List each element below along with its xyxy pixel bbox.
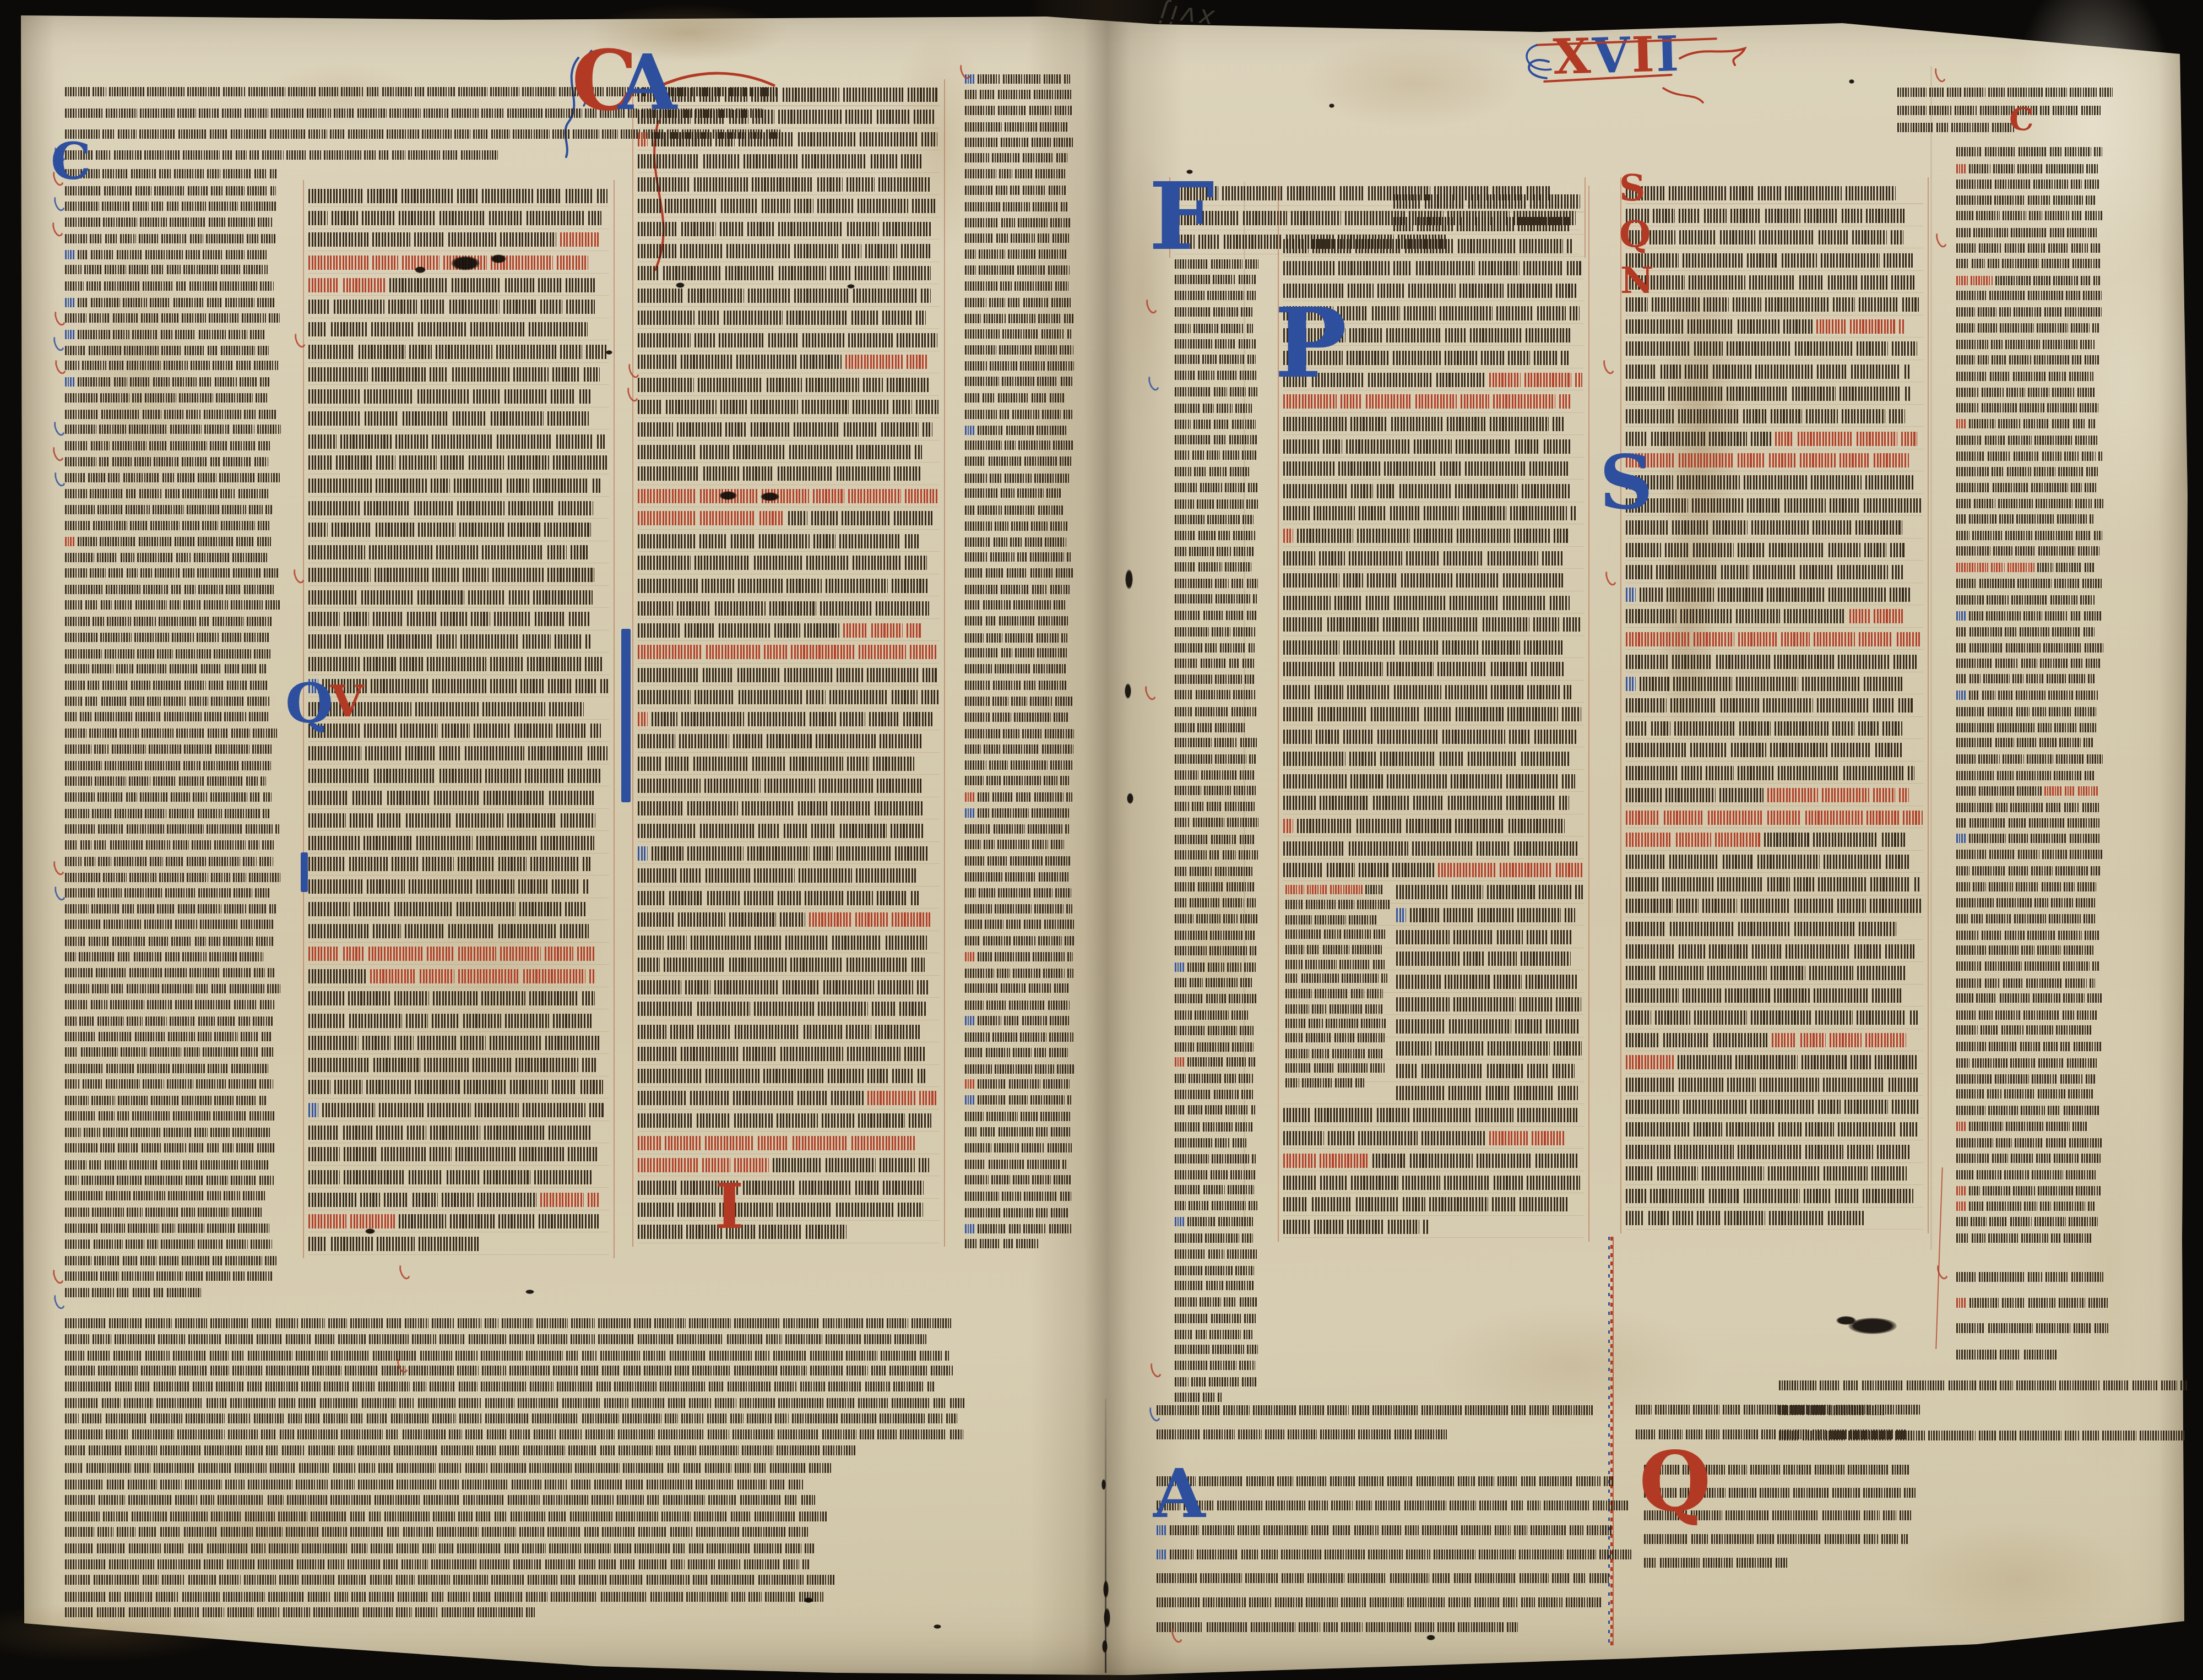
ink-stroke	[858, 199, 908, 213]
ink-stroke	[80, 840, 91, 850]
ink-stroke	[634, 1543, 670, 1553]
ink-stroke	[1175, 867, 1187, 876]
script-line	[638, 1225, 854, 1239]
ink-stroke	[1969, 1186, 1980, 1195]
ink-stroke	[465, 1463, 487, 1473]
ink-stroke	[400, 657, 423, 671]
ink-stroke	[1891, 275, 1914, 290]
script-line	[638, 1091, 937, 1105]
script-line	[1644, 1534, 1908, 1544]
ink-stroke	[170, 600, 181, 610]
ink-stroke	[1175, 946, 1207, 955]
ink-stroke	[455, 1147, 516, 1161]
script-line	[1956, 771, 2102, 780]
ink-stroke	[978, 1095, 1006, 1105]
script-line	[65, 761, 274, 770]
ink-stroke	[674, 1445, 696, 1455]
ink-stroke	[1344, 929, 1371, 939]
rubric-stroke	[372, 255, 398, 270]
ink-stroke	[351, 1592, 366, 1602]
ink-stroke	[759, 534, 810, 548]
ink-stroke	[1239, 1361, 1255, 1370]
ink-stroke	[147, 1000, 172, 1009]
ink-stroke	[840, 712, 865, 726]
ink-stroke	[82, 1413, 102, 1423]
ink-stroke	[432, 679, 486, 693]
ink-stroke	[1064, 74, 1070, 84]
ink-stroke	[301, 1382, 321, 1391]
ink-stroke	[1040, 1112, 1070, 1121]
ink-stroke	[1358, 1131, 1418, 1145]
ink-stroke	[1365, 1004, 1383, 1014]
script-line	[308, 813, 595, 828]
script-line	[965, 345, 1073, 355]
rubric-stroke	[1489, 1131, 1528, 1145]
script-line	[1626, 565, 1904, 579]
script-line	[1175, 643, 1255, 653]
ink-stroke	[465, 746, 525, 760]
ink-stroke	[1266, 1500, 1305, 1510]
script-line	[1175, 1330, 1252, 1339]
ink-stroke	[140, 218, 167, 227]
ink-stroke	[778, 110, 842, 124]
ink-stroke	[405, 746, 436, 760]
ink-stroke	[432, 1592, 444, 1602]
rubric-stroke	[308, 1214, 346, 1228]
ink-stroke	[1989, 850, 2015, 859]
ink-stroke	[164, 1143, 186, 1152]
ink-stroke	[1503, 573, 1563, 588]
rubric-stroke	[1283, 819, 1293, 833]
ink-stroke	[1509, 730, 1531, 744]
script-line	[965, 74, 1070, 84]
ink-stroke	[115, 600, 133, 610]
rubric-stroke	[65, 537, 75, 546]
script-line	[965, 808, 1071, 818]
ink-stroke	[638, 154, 699, 168]
ink-stroke	[1157, 1429, 1200, 1439]
script-line	[965, 872, 1070, 882]
ink-stroke	[1487, 1064, 1523, 1078]
ink-stroke	[207, 824, 243, 834]
ink-stroke	[786, 311, 848, 325]
ink-stroke	[1061, 377, 1073, 386]
ink-stroke	[670, 1025, 693, 1039]
ink-stroke	[1897, 88, 1927, 97]
ink-stroke	[965, 393, 980, 403]
ink-stroke	[187, 505, 219, 514]
ink-stroke	[1736, 677, 1798, 691]
ink-stroke	[1737, 1558, 1772, 1568]
ink-stroke	[1793, 1488, 1829, 1498]
ink-stroke	[452, 108, 479, 118]
ink-stroke	[469, 455, 504, 470]
ink-stroke	[1406, 819, 1451, 833]
ink-stroke	[1534, 730, 1576, 744]
ink-stroke	[105, 649, 134, 659]
ink-stroke	[2017, 786, 2042, 796]
ink-stroke	[1350, 774, 1383, 789]
ink-stroke	[1413, 1108, 1472, 1122]
ink-stroke	[1061, 633, 1067, 643]
ink-stroke	[1626, 721, 1647, 736]
ink-stroke	[2024, 1350, 2057, 1360]
ink-stroke	[918, 1069, 925, 1083]
ink-stroke	[778, 466, 833, 481]
ink-stroke	[100, 393, 129, 403]
script-line	[1956, 866, 2101, 876]
ink-stroke	[105, 761, 142, 770]
script-line	[1175, 275, 1256, 284]
ink-stroke	[480, 1559, 510, 1569]
ink-stroke	[249, 712, 270, 721]
ink-stroke	[94, 1239, 123, 1249]
ink-stroke	[198, 1208, 229, 1217]
script-line	[1283, 551, 1564, 566]
ink-stroke	[1680, 609, 1732, 623]
ink-stroke	[183, 600, 201, 610]
ink-stroke	[507, 813, 557, 828]
ink-stroke	[1995, 1010, 2021, 1020]
ink-stroke	[473, 129, 489, 139]
ink-stroke	[1175, 1377, 1189, 1387]
ink-stroke	[409, 345, 432, 359]
script-line	[1626, 966, 1907, 980]
ink-stroke	[422, 129, 452, 139]
ink-stroke	[1988, 1323, 2033, 1333]
ink-stroke	[207, 1191, 221, 1200]
ink-stroke	[996, 186, 1007, 195]
ink-stroke	[172, 633, 194, 642]
ink-stroke	[308, 1193, 356, 1207]
script-line	[1283, 596, 1570, 610]
ink-stroke	[2043, 643, 2082, 653]
ink-stroke	[1246, 1476, 1274, 1486]
ink-stroke	[258, 346, 269, 355]
ink-stroke	[114, 150, 142, 160]
ink-stroke	[225, 664, 239, 673]
ink-stroke	[78, 377, 111, 387]
ink-stroke	[752, 110, 774, 124]
ink-stroke	[431, 479, 450, 493]
ink-stroke	[1249, 387, 1257, 396]
ink-stroke	[2029, 818, 2065, 828]
ink-stroke	[481, 1351, 523, 1361]
ink-stroke	[359, 345, 405, 359]
ink-stroke	[1956, 803, 1993, 812]
ink-stroke	[1036, 1208, 1048, 1217]
ink-stroke	[1904, 365, 1910, 379]
ink-stroke	[1285, 1063, 1311, 1073]
script-line	[965, 760, 1073, 770]
ink-stroke	[2094, 147, 2102, 156]
ink-stroke	[348, 991, 390, 1005]
ink-stroke	[141, 313, 159, 323]
ink-stroke	[328, 1318, 347, 1328]
ink-stroke	[1665, 543, 1689, 557]
ink-stroke	[496, 345, 556, 359]
ink-stroke	[965, 840, 981, 849]
ink-stroke	[2087, 754, 2103, 764]
ink-stroke	[1936, 123, 1949, 132]
ink-stroke	[367, 879, 405, 894]
ink-stroke	[719, 623, 770, 638]
ink-stroke	[1024, 1192, 1057, 1201]
ink-stroke	[1013, 969, 1040, 978]
ink-stroke	[1005, 122, 1037, 132]
ink-stroke	[689, 1543, 703, 1553]
ink-stroke	[334, 1592, 348, 1602]
ink-stroke	[367, 189, 398, 203]
ink-stroke	[210, 1128, 230, 1137]
ink-stroke	[253, 728, 277, 738]
ink-stroke	[93, 617, 104, 626]
ink-stroke	[150, 857, 163, 866]
ink-stroke	[1508, 351, 1530, 365]
ink-stroke	[511, 1512, 545, 1521]
ink-stroke	[2005, 243, 2025, 253]
ink-stroke	[367, 1413, 388, 1423]
ink-stroke	[794, 289, 849, 303]
ink-stroke	[694, 1512, 728, 1521]
ink-stroke	[807, 1575, 835, 1585]
ink-stroke	[785, 936, 828, 950]
ink-stroke	[1986, 611, 2021, 621]
rubric-stroke	[589, 969, 594, 983]
ink-stroke	[142, 1143, 161, 1152]
ink-stroke	[894, 1334, 926, 1344]
ink-stroke	[442, 1607, 474, 1617]
ink-stroke	[1354, 1525, 1379, 1535]
ink-stroke	[65, 792, 95, 802]
ink-stroke	[296, 1351, 328, 1361]
ink-stroke	[1817, 365, 1847, 379]
ink-stroke	[671, 1559, 685, 1569]
script-line	[308, 791, 596, 805]
ink-stroke	[169, 809, 196, 818]
ink-stroke	[638, 1025, 666, 1039]
rubric-stroke	[1956, 1122, 1966, 1131]
ink-stroke	[1987, 1201, 2021, 1211]
ink-stroke	[965, 281, 997, 291]
ink-stroke	[1487, 885, 1535, 899]
ink-stroke	[708, 1495, 737, 1505]
ink-blot	[804, 1597, 813, 1603]
ink-stroke	[464, 1080, 506, 1094]
ink-stroke	[1503, 596, 1546, 610]
ink-stroke	[1044, 920, 1074, 929]
ink-stroke	[965, 713, 990, 722]
ink-stroke	[1716, 655, 1770, 669]
rubric-stroke	[1956, 419, 1966, 428]
ink-stroke	[921, 289, 931, 303]
ink-stroke	[332, 523, 372, 537]
ink-stroke	[65, 441, 88, 450]
ink-stroke	[2046, 1138, 2066, 1148]
ink-stroke	[763, 1069, 824, 1083]
rubric-stroke	[1415, 394, 1457, 409]
ink-stroke	[1442, 640, 1478, 655]
script-line	[65, 744, 273, 754]
ink-stroke	[1794, 899, 1833, 913]
ink-stroke	[1709, 1189, 1740, 1203]
script-line	[638, 311, 926, 325]
ink-stroke	[1208, 1026, 1237, 1035]
ink-stroke	[154, 1463, 195, 1473]
ink-stroke	[1283, 261, 1334, 275]
rubric-stroke	[1865, 1033, 1906, 1047]
ink-stroke	[65, 1366, 95, 1375]
ink-stroke	[699, 534, 727, 548]
script-line	[1956, 627, 2101, 637]
ink-stroke	[441, 612, 468, 626]
ink-stroke	[1882, 721, 1902, 736]
script-line	[65, 1176, 279, 1185]
rubric-stroke	[809, 912, 851, 927]
script-line	[65, 441, 273, 450]
ink-stroke	[1044, 776, 1057, 785]
ink-stroke	[143, 1575, 159, 1585]
ink-stroke	[102, 681, 128, 690]
ink-stroke	[920, 1351, 942, 1361]
rubric-stroke	[1283, 1154, 1316, 1168]
ink-stroke	[2086, 659, 2101, 668]
ink-stroke	[2086, 467, 2098, 476]
ink-stroke	[2040, 106, 2050, 115]
ink-stroke	[681, 1413, 704, 1423]
ink-stroke	[565, 902, 587, 916]
ink-stroke	[638, 244, 676, 258]
ink-stroke	[1191, 1377, 1206, 1387]
ink-stroke	[1215, 867, 1253, 876]
ink-stroke	[259, 857, 273, 866]
ink-stroke	[679, 734, 729, 748]
ink-stroke	[1494, 1176, 1523, 1190]
ink-stroke	[2088, 1201, 2095, 1211]
script-line	[1396, 952, 1573, 966]
ink-stroke	[1368, 1549, 1403, 1559]
script-line	[965, 249, 1071, 259]
ink-stroke	[164, 697, 187, 706]
ink-stroke	[129, 776, 150, 786]
script-line	[65, 697, 275, 706]
script-line	[1285, 929, 1387, 939]
ink-stroke	[1283, 596, 1331, 610]
ink-stroke	[600, 1351, 640, 1361]
script-line	[965, 920, 1074, 929]
text-block-margin-top-lines	[1897, 84, 2115, 137]
script-line	[638, 154, 921, 168]
script-line	[1175, 450, 1257, 460]
ink-stroke	[1996, 1138, 2012, 1148]
ink-stroke	[418, 1575, 450, 1585]
ink-stroke	[1800, 565, 1833, 579]
script-line	[638, 1158, 930, 1172]
ink-stroke	[223, 457, 252, 466]
rubric-stroke	[308, 278, 339, 292]
script-line	[965, 153, 1068, 162]
ink-stroke	[2057, 514, 2087, 524]
initial-v-red: V	[330, 683, 364, 721]
ink-stroke	[780, 1366, 807, 1375]
ink-stroke	[1529, 461, 1570, 476]
script-line	[1626, 721, 1904, 736]
ink-stroke	[1051, 298, 1071, 307]
script-line	[1626, 655, 1917, 669]
ink-stroke	[1457, 529, 1510, 543]
ink-stroke	[1725, 988, 1770, 1003]
ink-stroke	[1024, 456, 1057, 466]
rubric-stroke	[1850, 319, 1895, 334]
ink-stroke	[308, 479, 372, 493]
script-line	[1175, 324, 1253, 333]
ink-stroke	[1245, 1573, 1278, 1583]
ink-stroke	[1755, 365, 1813, 379]
ink-stroke	[1972, 531, 2003, 540]
ink-stroke	[162, 1575, 185, 1585]
ink-stroke	[1327, 1405, 1349, 1415]
ink-stroke	[979, 265, 1014, 275]
ink-stroke	[1175, 499, 1194, 509]
script-line	[308, 211, 602, 225]
ink-stroke	[1038, 314, 1061, 323]
ink-stroke	[549, 1543, 581, 1553]
ink-stroke	[1717, 877, 1764, 891]
ink-stroke	[170, 441, 207, 450]
script-line	[1175, 786, 1258, 795]
ink-stroke	[1283, 707, 1314, 721]
rubric-stroke	[759, 511, 784, 525]
ink-stroke	[1507, 707, 1558, 721]
script-line	[1956, 546, 2101, 556]
ink-stroke	[1038, 233, 1050, 243]
ink-stroke	[176, 649, 211, 659]
ink-stroke	[965, 138, 998, 147]
script-line	[65, 664, 267, 673]
ink-stroke	[1444, 551, 1484, 566]
ink-stroke	[742, 1527, 785, 1537]
rubric-stroke	[638, 489, 696, 503]
ink-stroke	[1196, 1330, 1207, 1339]
ink-stroke	[618, 1445, 653, 1455]
ink-stroke	[1175, 547, 1186, 556]
ink-stroke	[602, 1366, 620, 1375]
ink-stroke	[1521, 1597, 1535, 1607]
ink-stroke	[1988, 1106, 2018, 1115]
ink-stroke	[1342, 974, 1379, 983]
ink-stroke	[214, 840, 246, 850]
ink-stroke	[2050, 228, 2064, 237]
ink-stroke	[773, 1158, 822, 1172]
ink-stroke	[2026, 1025, 2053, 1035]
ink-stroke	[308, 879, 363, 894]
ink-stroke	[755, 1351, 770, 1361]
ink-stroke	[2094, 531, 2102, 540]
ink-stroke	[1063, 410, 1072, 419]
ink-stroke	[1956, 195, 1992, 205]
rubric-stroke	[1767, 788, 1818, 802]
ink-stroke	[1955, 106, 1977, 115]
ink-stroke	[436, 345, 493, 359]
ink-stroke	[1415, 1622, 1434, 1632]
ink-stroke	[1224, 1074, 1236, 1083]
script-line	[965, 441, 1073, 450]
ink-stroke	[912, 199, 937, 213]
script-line	[1283, 1176, 1582, 1190]
script-line	[638, 534, 919, 548]
ink-stroke	[965, 202, 1000, 211]
ink-stroke	[568, 1445, 597, 1455]
